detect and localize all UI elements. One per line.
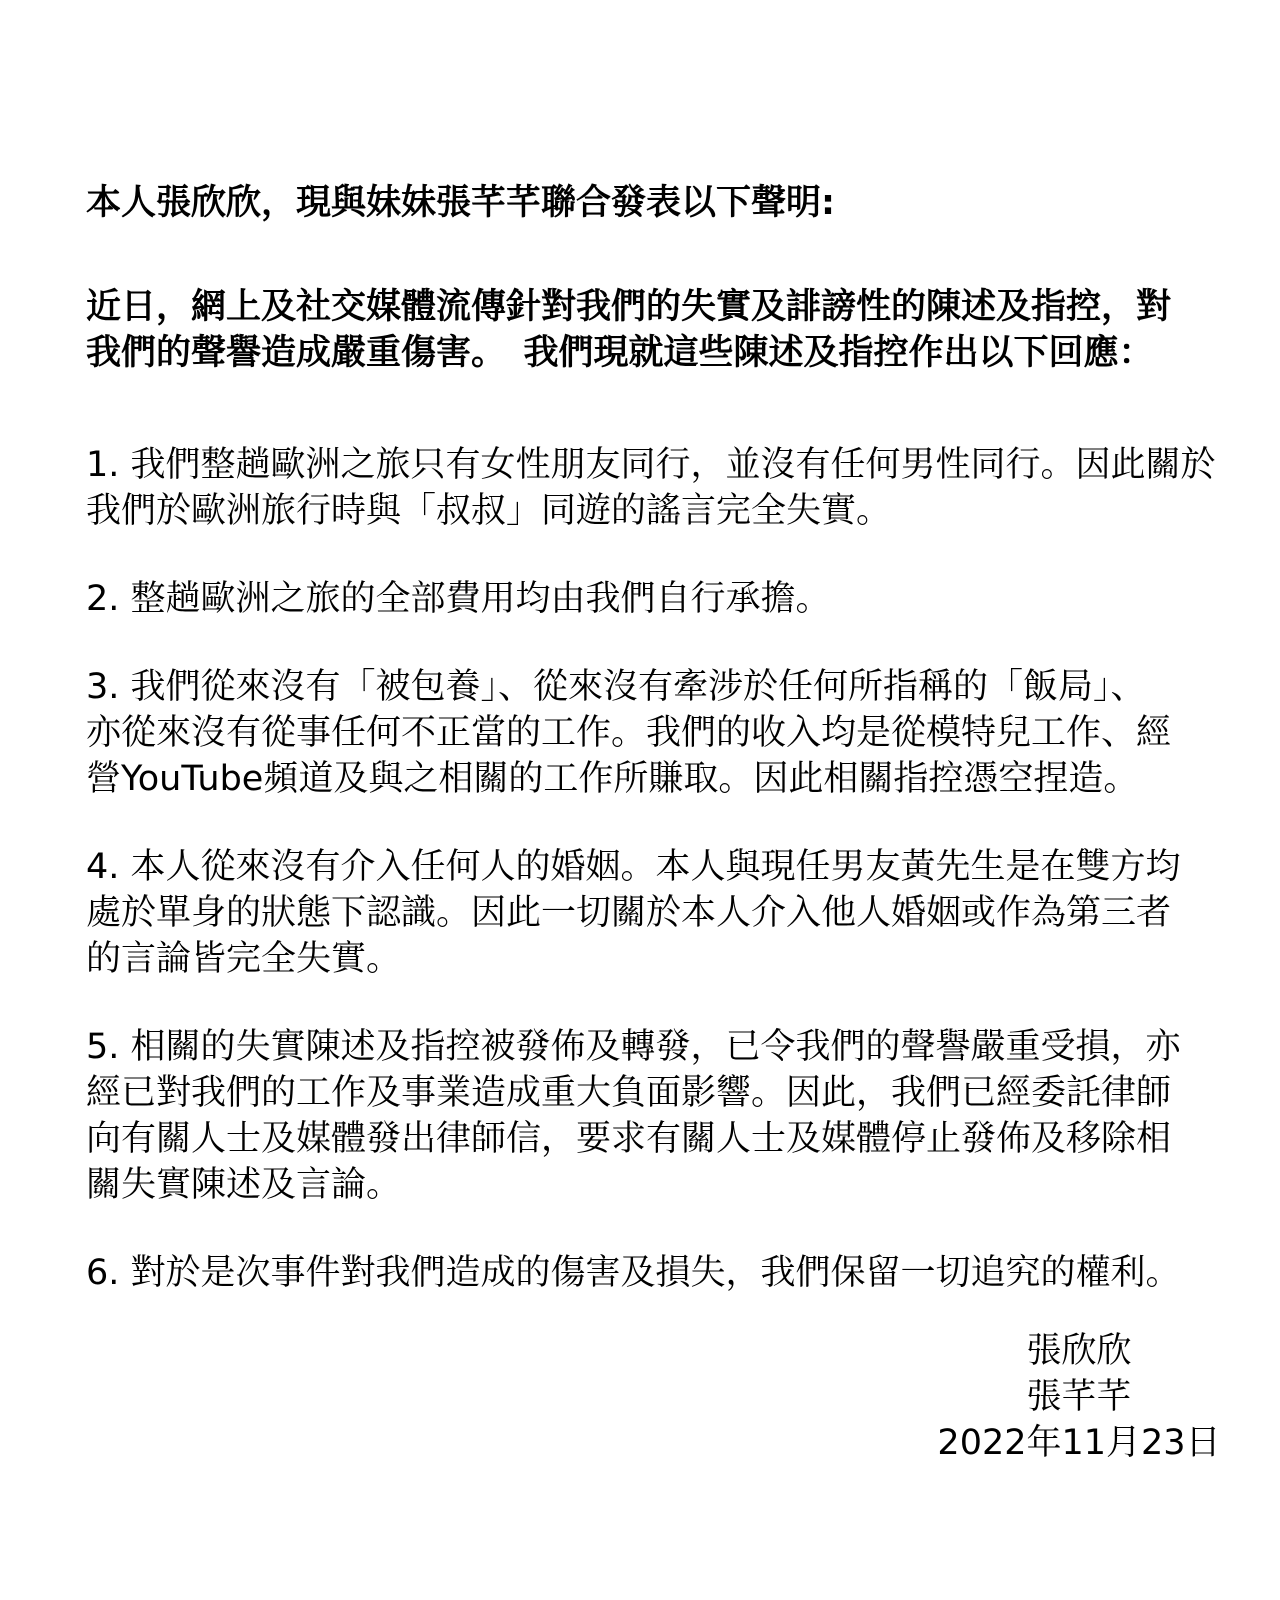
statement-item-3: 3. 我們從來沒有「被包養」、從來沒有牽涉於任何所指稱的「飯局」、 亦從來沒有從… (86, 664, 1226, 802)
statement-heading: 本人張欣欣，現與妹妹張芊芊聯合發表以下聲明: (86, 180, 1226, 226)
statement-item-2: 2. 整趟歐洲之旅的全部費用均由我們自行承擔。 (86, 576, 1226, 622)
signature-name-2: 張芊芊 (879, 1374, 1279, 1420)
statement-intro: 近日，網上及社交媒體流傳針對我們的失實及誹謗性的陳述及指控，對 我們的聲譽造成嚴… (86, 284, 1226, 376)
statement-page: 本人張欣欣，現與妹妹張芊芊聯合發表以下聲明: 近日，網上及社交媒體流傳針對我們的… (0, 0, 1280, 1600)
signature-block: 張欣欣 張芊芊 2022年11月23日 (879, 1328, 1279, 1466)
statement-body: 本人張欣欣，現與妹妹張芊芊聯合發表以下聲明: 近日，網上及社交媒體流傳針對我們的… (86, 180, 1226, 1466)
signature-date: 2022年11月23日 (879, 1420, 1279, 1466)
statement-item-6: 6. 對於是次事件對我們造成的傷害及損失，我們保留一切追究的權利。 (86, 1250, 1226, 1296)
signature-name-1: 張欣欣 (879, 1328, 1279, 1374)
statement-item-1: 1. 我們整趟歐洲之旅只有女性朋友同行，並沒有任何男性同行。因此關於 我們於歐洲… (86, 442, 1226, 534)
statement-item-5: 5. 相關的失實陳述及指控被發佈及轉發，已令我們的聲譽嚴重受損，亦 經已對我們的… (86, 1024, 1226, 1208)
statement-item-4: 4. 本人從來沒有介入任何人的婚姻。本人與現任男友黃先生是在雙方均 處於單身的狀… (86, 844, 1226, 982)
